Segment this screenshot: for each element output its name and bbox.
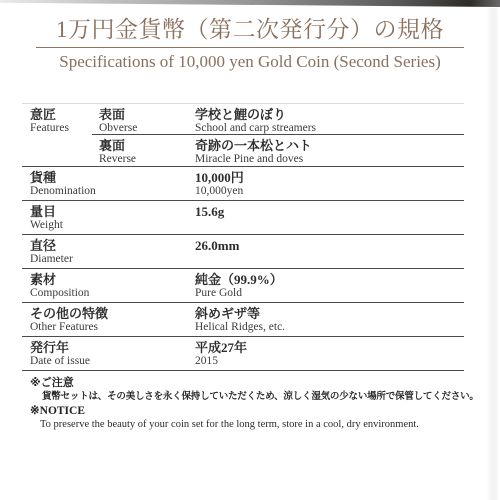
label-japanese: その他の特徴 bbox=[30, 306, 195, 321]
side-english: Reverse bbox=[99, 153, 195, 166]
value-english: 10,000yen bbox=[195, 185, 464, 198]
page-title-japanese: 1万円金貨幣（第二次発行分）の規格 bbox=[36, 13, 464, 46]
value-japanese: 学校と鯉のぼり bbox=[195, 107, 464, 122]
table-row-other-features: その他の特徴 Other Features 斜めギザ等 Helical Ridg… bbox=[22, 303, 464, 337]
label-english: Other Features bbox=[30, 321, 195, 334]
row-label-weight: 量目 Weight bbox=[22, 204, 195, 234]
page-title-english: Specifications of 10,000 yen Gold Coin (… bbox=[0, 50, 500, 74]
label-japanese: 素材 bbox=[30, 272, 195, 287]
label-english: Features bbox=[30, 122, 99, 135]
scan-edge-artifact-right bbox=[486, 8, 498, 500]
features-section: 意匠 Features 表面 Obverse 学校と鯉のぼり School an… bbox=[22, 104, 464, 167]
value-english: Helical Ridges, etc. bbox=[195, 321, 464, 334]
row-label-other-features: その他の特徴 Other Features bbox=[22, 306, 195, 336]
row-label-spacer bbox=[22, 138, 99, 166]
notice-heading-japanese: ※ご注意 bbox=[30, 376, 500, 390]
side-japanese: 裏面 bbox=[99, 138, 195, 153]
title-underline: 1万円金貨幣（第二次発行分）の規格 bbox=[36, 13, 464, 48]
value-date-of-issue: 平成27年 2015 bbox=[195, 340, 464, 370]
table-row-diameter: 直径 Diameter 26.0mm bbox=[22, 235, 464, 269]
document-page: 1万円金貨幣（第二次発行分）の規格 Specifications of 10,0… bbox=[0, 0, 500, 500]
label-english: Weight bbox=[30, 219, 195, 232]
label-english: Date of issue bbox=[30, 355, 195, 368]
value-composition: 純金（99.9%） Pure Gold bbox=[195, 272, 464, 302]
notice-heading-english: ※NOTICE bbox=[30, 404, 500, 418]
value-japanese: 斜めギザ等 bbox=[195, 306, 464, 321]
label-japanese: 貨種 bbox=[30, 170, 195, 185]
label-english: Diameter bbox=[30, 253, 195, 266]
side-label-obverse: 表面 Obverse bbox=[99, 107, 195, 135]
value-denomination: 10,000円 10,000yen bbox=[195, 170, 464, 200]
row-label-date-of-issue: 発行年 Date of issue bbox=[22, 340, 195, 370]
table-row-features-obverse: 意匠 Features 表面 Obverse 学校と鯉のぼり School an… bbox=[22, 104, 464, 135]
label-japanese: 意匠 bbox=[30, 107, 99, 122]
value-japanese: 15.6g bbox=[195, 204, 464, 219]
value-weight: 15.6g bbox=[195, 204, 464, 234]
label-japanese: 量目 bbox=[30, 204, 195, 219]
row-label-composition: 素材 Composition bbox=[22, 272, 195, 302]
value-english: 2015 bbox=[195, 355, 464, 368]
table-row-features-reverse: 裏面 Reverse 奇跡の一本松とハト Miracle Pine and do… bbox=[22, 135, 464, 166]
notice-text-english: To preserve the beauty of your coin set … bbox=[40, 418, 500, 431]
value-diameter: 26.0mm bbox=[195, 238, 464, 268]
notice-section: ※ご注意 貨幣セットは、その美しさを永く保持していただくため、涼しく湿気の少ない… bbox=[30, 376, 500, 431]
value-reverse: 奇跡の一本松とハト Miracle Pine and doves bbox=[195, 138, 464, 166]
value-japanese: 10,000円 bbox=[195, 170, 464, 185]
table-row-date-of-issue: 発行年 Date of issue 平成27年 2015 bbox=[22, 337, 464, 371]
notice-text-japanese: 貨幣セットは、その美しさを永く保持していただくため、涼しく湿気の少ない場所で保管… bbox=[42, 390, 500, 403]
value-japanese: 平成27年 bbox=[195, 340, 464, 355]
label-japanese: 直径 bbox=[30, 238, 195, 253]
row-label-features: 意匠 Features bbox=[22, 107, 99, 135]
table-row-weight: 量目 Weight 15.6g bbox=[22, 201, 464, 235]
value-japanese: 26.0mm bbox=[195, 238, 464, 253]
row-label-diameter: 直径 Diameter bbox=[22, 238, 195, 268]
value-other-features: 斜めギザ等 Helical Ridges, etc. bbox=[195, 306, 464, 336]
document-header: 1万円金貨幣（第二次発行分）の規格 Specifications of 10,0… bbox=[0, 0, 500, 74]
label-english: Denomination bbox=[30, 185, 195, 198]
specification-table: 意匠 Features 表面 Obverse 学校と鯉のぼり School an… bbox=[22, 103, 464, 371]
label-japanese: 発行年 bbox=[30, 340, 195, 355]
value-japanese: 奇跡の一本松とハト bbox=[195, 138, 464, 153]
label-english: Composition bbox=[30, 287, 195, 300]
side-label-reverse: 裏面 Reverse bbox=[99, 138, 195, 166]
row-label-denomination: 貨種 Denomination bbox=[22, 170, 195, 200]
value-obverse: 学校と鯉のぼり School and carp streamers bbox=[195, 107, 464, 135]
value-english: Pure Gold bbox=[195, 287, 464, 300]
table-row-composition: 素材 Composition 純金（99.9%） Pure Gold bbox=[22, 269, 464, 303]
value-japanese: 純金（99.9%） bbox=[195, 272, 464, 287]
table-row-denomination: 貨種 Denomination 10,000円 10,000yen bbox=[22, 167, 464, 201]
side-japanese: 表面 bbox=[99, 107, 195, 122]
value-english: Miracle Pine and doves bbox=[195, 153, 464, 166]
